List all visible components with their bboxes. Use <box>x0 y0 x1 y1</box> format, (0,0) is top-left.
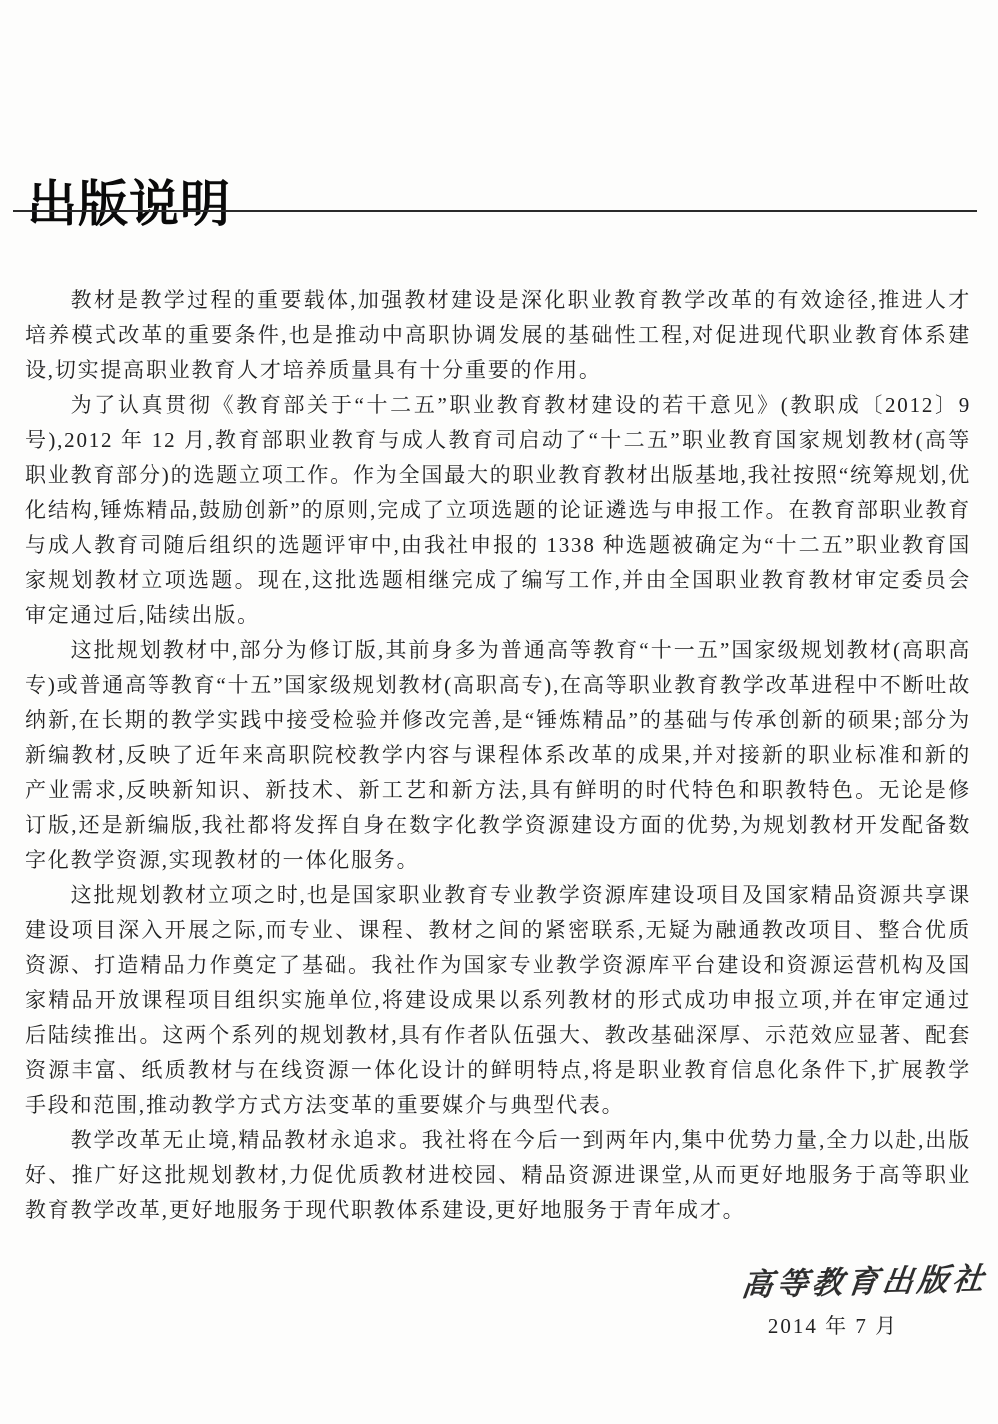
page-title: 出版说明 <box>27 176 231 232</box>
document-body-text: 教材是教学过程的重要载体,加强教材建设是深化职业教育教学改革的有效途径,推进人才… <box>25 283 971 1228</box>
signature-block: 高等教育出版社 2014 年 7 月 <box>742 1262 942 1340</box>
paragraph: 这批规划教材立项之时,也是国家职业教育专业教学资源库建设项目及国家精品资源共享课… <box>25 878 971 1123</box>
publisher-signature: 高等教育出版社 <box>739 1259 944 1306</box>
publish-date: 2014 年 7 月 <box>742 1310 942 1340</box>
paragraph: 为了认真贯彻《教育部关于“十二五”职业教育教材建设的若干意见》(教职成〔2012… <box>25 388 971 633</box>
document-page: 出版说明 教材是教学过程的重要载体,加强教材建设是深化职业教育教学改革的有效途径… <box>0 0 998 1424</box>
title-divider-rule <box>13 210 977 212</box>
paragraph: 这批规划教材中,部分为修订版,其前身多为普通高等教育“十一五”国家级规划教材(高… <box>25 633 971 878</box>
paragraph: 教学改革无止境,精品教材永追求。我社将在今后一到两年内,集中优势力量,全力以赴,… <box>25 1123 971 1228</box>
paragraph: 教材是教学过程的重要载体,加强教材建设是深化职业教育教学改革的有效途径,推进人才… <box>25 283 971 388</box>
